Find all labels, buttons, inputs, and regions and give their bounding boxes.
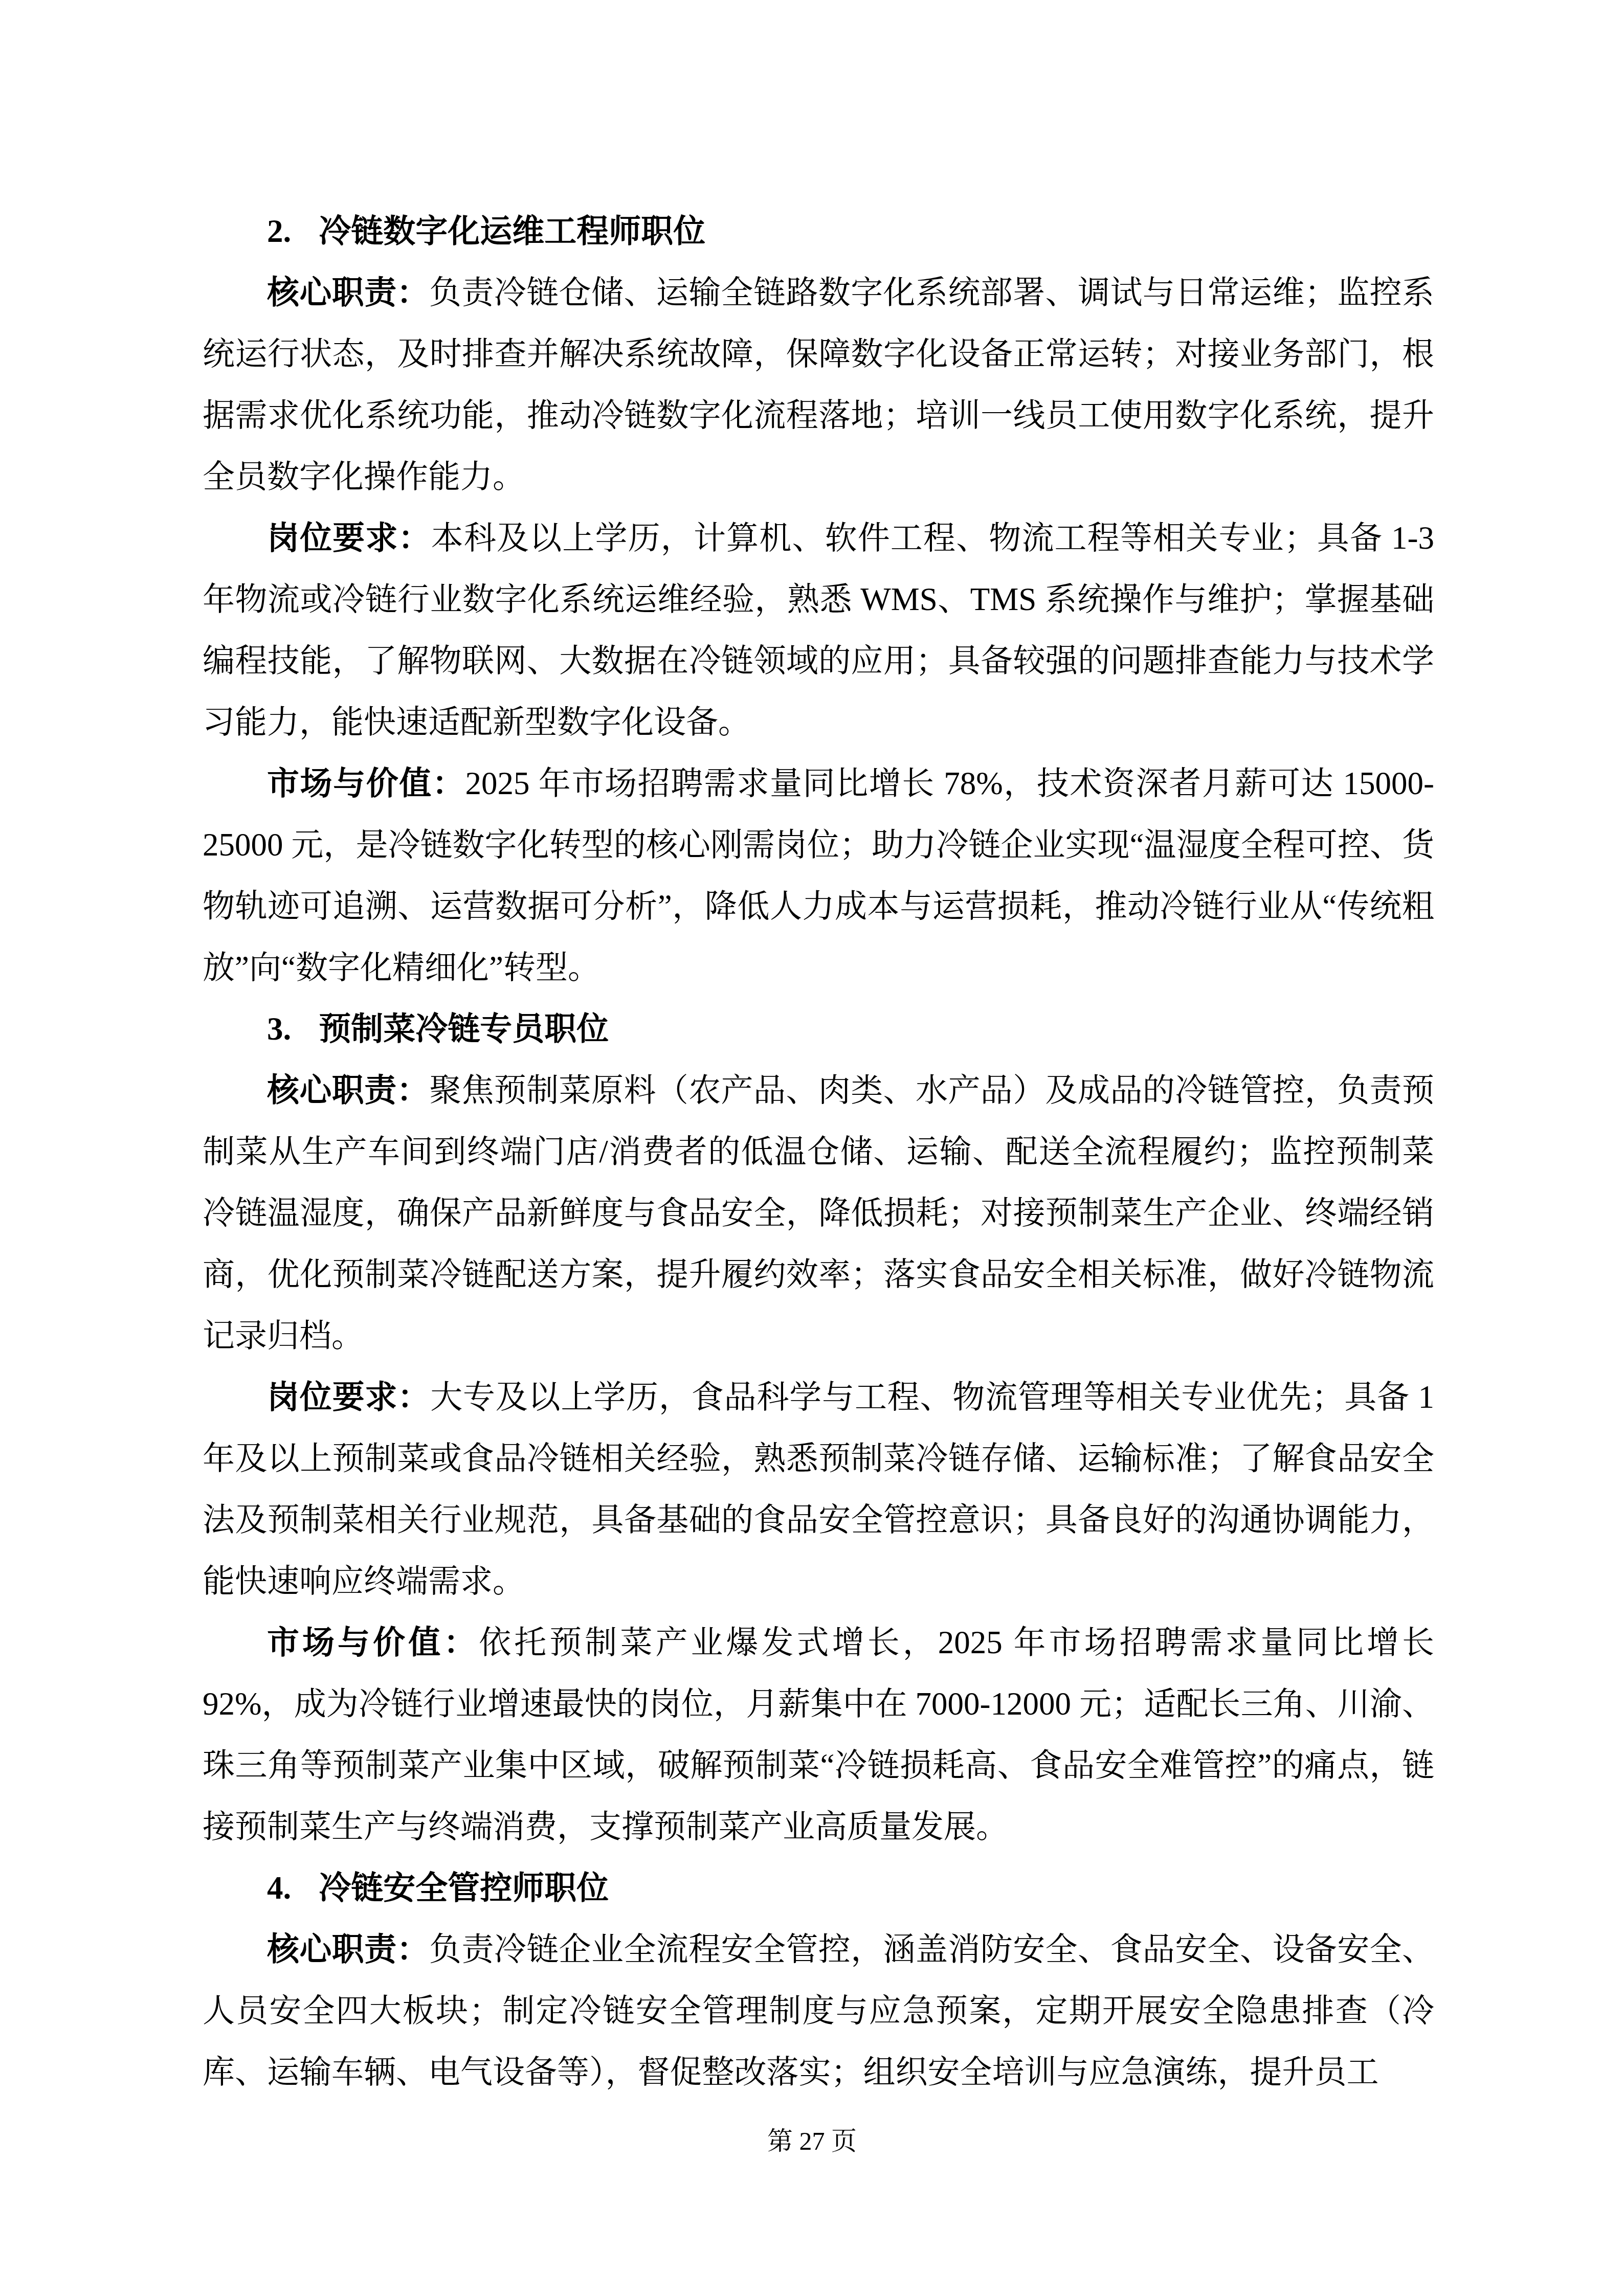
paragraph-label: 市场与价值： (267, 1625, 479, 1660)
paragraph-label: 核心职责： (267, 275, 429, 310)
paragraph-label: 核心职责： (267, 1072, 429, 1108)
paragraph-market-value: 市场与价值：2025 年市场招聘需求量同比增长 78%，技术资深者月薪可达 15… (203, 753, 1434, 998)
section-title: 冷链数字化运维工程师职位 (319, 213, 705, 249)
section-heading-4: 4.冷链安全管控师职位 (203, 1857, 1434, 1919)
section-heading-2: 2.冷链数字化运维工程师职位 (203, 200, 1434, 262)
section-number: 3. (267, 1011, 291, 1047)
section-title: 冷链安全管控师职位 (319, 1870, 609, 1906)
paragraph-job-requirements: 岗位要求：大专及以上学历，食品科学与工程、物流管理等相关专业优先；具备 1 年及… (203, 1366, 1434, 1612)
paragraph-market-value: 市场与价值：依托预制菜产业爆发式增长，2025 年市场招聘需求量同比增长 92%… (203, 1612, 1434, 1857)
paragraph-label: 市场与价值： (267, 766, 465, 801)
document-page: 2.冷链数字化运维工程师职位 核心职责：负责冷链仓储、运输全链路数字化系统部署、… (0, 0, 1624, 2296)
paragraph-text: 聚焦预制菜原料（农产品、肉类、水产品）及成品的冷链管控，负责预制菜从生产车间到终… (203, 1072, 1434, 1354)
paragraph-core-duty: 核心职责：聚焦预制菜原料（农产品、肉类、水产品）及成品的冷链管控，负责预制菜从生… (203, 1060, 1434, 1366)
paragraph-core-duty: 核心职责：负责冷链企业全流程安全管控，涵盖消防安全、食品安全、设备安全、人员安全… (203, 1919, 1434, 2103)
page-footer: 第 27 页 (0, 2125, 1624, 2157)
paragraph-core-duty: 核心职责：负责冷链仓储、运输全链路数字化系统部署、调试与日常运维；监控系统运行状… (203, 262, 1434, 507)
section-heading-3: 3.预制菜冷链专员职位 (203, 998, 1434, 1060)
paragraph-label: 岗位要求： (267, 520, 431, 556)
paragraph-label: 核心职责： (267, 1931, 429, 1967)
paragraph-job-requirements: 岗位要求：本科及以上学历，计算机、软件工程、物流工程等相关专业；具备 1-3 年… (203, 507, 1434, 753)
section-number: 4. (267, 1870, 291, 1906)
paragraph-label: 岗位要求： (267, 1379, 430, 1415)
section-number: 2. (267, 213, 291, 249)
section-title: 预制菜冷链专员职位 (319, 1011, 609, 1047)
page-body: 2.冷链数字化运维工程师职位 核心职责：负责冷链仓储、运输全链路数字化系统部署、… (203, 200, 1434, 2103)
page-number: 第 27 页 (767, 2127, 857, 2155)
